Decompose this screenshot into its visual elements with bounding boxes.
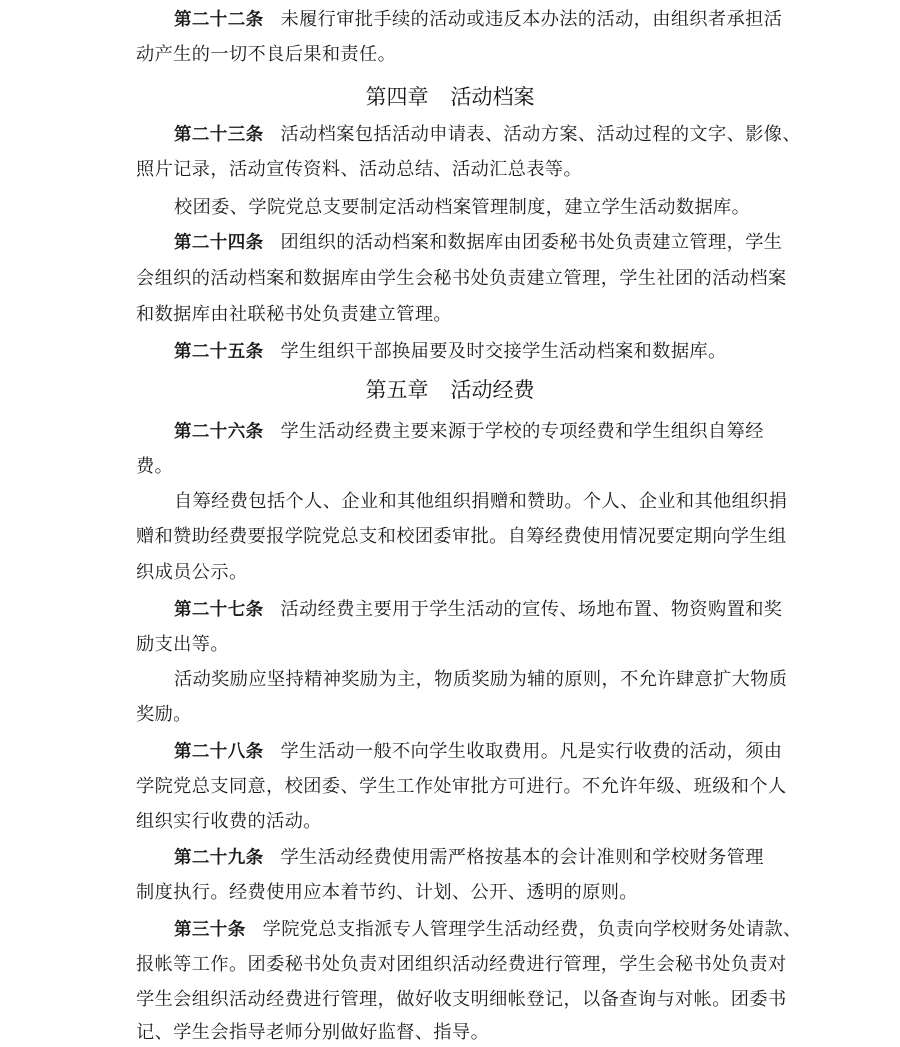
article-28-line-2: 学院党总支同意，校团委、学生工作处审批方可进行。不允许年级、班级和个人 bbox=[136, 775, 776, 799]
paragraph-archive-system: 校团委、学院党总支要制定活动档案管理制度，建立学生活动数据库。 bbox=[174, 196, 776, 220]
article-24-line-2: 会组织的活动档案和数据库由学生会秘书处负责建立管理，学生社团的活动档案 bbox=[136, 267, 776, 291]
article-29-line-2: 制度执行。经费使用应本着节约、计划、公开、透明的原则。 bbox=[136, 881, 776, 905]
chapter-4-heading: 第四章活动档案 bbox=[0, 83, 900, 111]
chapter-5-heading: 第五章活动经费 bbox=[0, 376, 900, 404]
article-label: 第二十八条 bbox=[174, 742, 264, 762]
article-text: 学生组织干部换届要及时交接学生活动档案和数据库。 bbox=[281, 341, 727, 362]
article-label: 第二十五条 bbox=[174, 342, 264, 362]
article-label: 第二十六条 bbox=[174, 422, 264, 442]
article-label: 第二十三条 bbox=[174, 125, 264, 145]
article-22-line-1: 第二十二条未履行审批手续的活动或违反本办法的活动，由组织者承担活 bbox=[174, 8, 776, 32]
article-28-line-1: 第二十八条学生活动一般不向学生收取费用。凡是实行收费的活动，须由 bbox=[174, 740, 776, 764]
article-23-line-1: 第二十三条活动档案包括活动申请表、活动方案、活动过程的文字、影像、 bbox=[174, 123, 776, 147]
article-26-line-2: 费。 bbox=[136, 455, 776, 479]
article-text: 活动档案包括活动申请表、活动方案、活动过程的文字、影像、 bbox=[281, 124, 801, 145]
article-text: 活动经费主要用于学生活动的宣传、场地布置、物资购置和奖 bbox=[281, 599, 783, 620]
chapter-title: 活动经费 bbox=[451, 378, 535, 402]
article-30-line-1: 第三十条学院党总支指派专人管理学生活动经费，负责向学校财务处请款、 bbox=[174, 918, 776, 942]
article-text: 学生活动经费使用需严格按基本的会计准则和学校财务管理 bbox=[281, 847, 764, 868]
article-text: 未履行审批手续的活动或违反本办法的活动，由组织者承担活 bbox=[281, 9, 783, 30]
article-27-line-2: 励支出等。 bbox=[136, 633, 776, 657]
paragraph-rewards-line-2: 奖励。 bbox=[136, 703, 776, 727]
chapter-title: 活动档案 bbox=[451, 85, 535, 109]
article-29-line-1: 第二十九条学生活动经费使用需严格按基本的会计准则和学校财务管理 bbox=[174, 846, 776, 870]
article-26-line-1: 第二十六条学生活动经费主要来源于学校的专项经费和学生组织自筹经 bbox=[174, 420, 776, 444]
paragraph-rewards-line-1: 活动奖励应坚持精神奖励为主，物质奖励为辅的原则，不允许肆意扩大物质 bbox=[174, 668, 776, 692]
article-text: 学生活动经费主要来源于学校的专项经费和学生组织自筹经 bbox=[281, 421, 764, 442]
article-label: 第二十四条 bbox=[174, 233, 264, 253]
article-30-line-2: 报帐等工作。团委秘书处负责对团组织活动经费进行管理，学生会秘书处负责对 bbox=[136, 953, 776, 977]
paragraph-self-funds-line-1: 自筹经费包括个人、企业和其他组织捐赠和赞助。个人、企业和其他组织捐 bbox=[174, 490, 776, 514]
article-label: 第三十条 bbox=[174, 920, 246, 940]
chapter-number: 第五章 bbox=[366, 378, 429, 402]
article-text: 学院党总支指派专人管理学生活动经费，负责向学校财务处请款、 bbox=[263, 919, 802, 940]
chapter-number: 第四章 bbox=[366, 85, 429, 109]
article-27-line-1: 第二十七条活动经费主要用于学生活动的宣传、场地布置、物资购置和奖 bbox=[174, 598, 776, 622]
article-24-line-1: 第二十四条团组织的活动档案和数据库由团委秘书处负责建立管理，学生 bbox=[174, 231, 776, 255]
article-text: 学生活动一般不向学生收取费用。凡是实行收费的活动，须由 bbox=[281, 741, 783, 762]
article-label: 第二十七条 bbox=[174, 600, 264, 620]
paragraph-self-funds-line-3: 织成员公示。 bbox=[136, 561, 776, 585]
article-30-line-3: 学生会组织活动经费进行管理，做好收支明细帐登记，以备查询与对帐。团委书 bbox=[136, 988, 776, 1012]
article-30-line-4: 记、学生会指导老师分别做好监督、指导。 bbox=[136, 1021, 776, 1045]
article-24-line-3: 和数据库由社联秘书处负责建立管理。 bbox=[136, 303, 776, 327]
article-28-line-3: 组织实行收费的活动。 bbox=[136, 810, 776, 834]
paragraph-self-funds-line-2: 赠和赞助经费要报学院党总支和校团委审批。自筹经费使用情况要定期向学生组 bbox=[136, 525, 776, 549]
article-22-line-2: 动产生的一切不良后果和责任。 bbox=[136, 43, 776, 67]
article-23-line-2: 照片记录，活动宣传资料、活动总结、活动汇总表等。 bbox=[136, 158, 776, 182]
article-label: 第二十二条 bbox=[174, 10, 264, 30]
article-25-line-1: 第二十五条学生组织干部换届要及时交接学生活动档案和数据库。 bbox=[174, 340, 776, 364]
article-label: 第二十九条 bbox=[174, 848, 264, 868]
article-text: 团组织的活动档案和数据库由团委秘书处负责建立管理，学生 bbox=[281, 232, 783, 253]
